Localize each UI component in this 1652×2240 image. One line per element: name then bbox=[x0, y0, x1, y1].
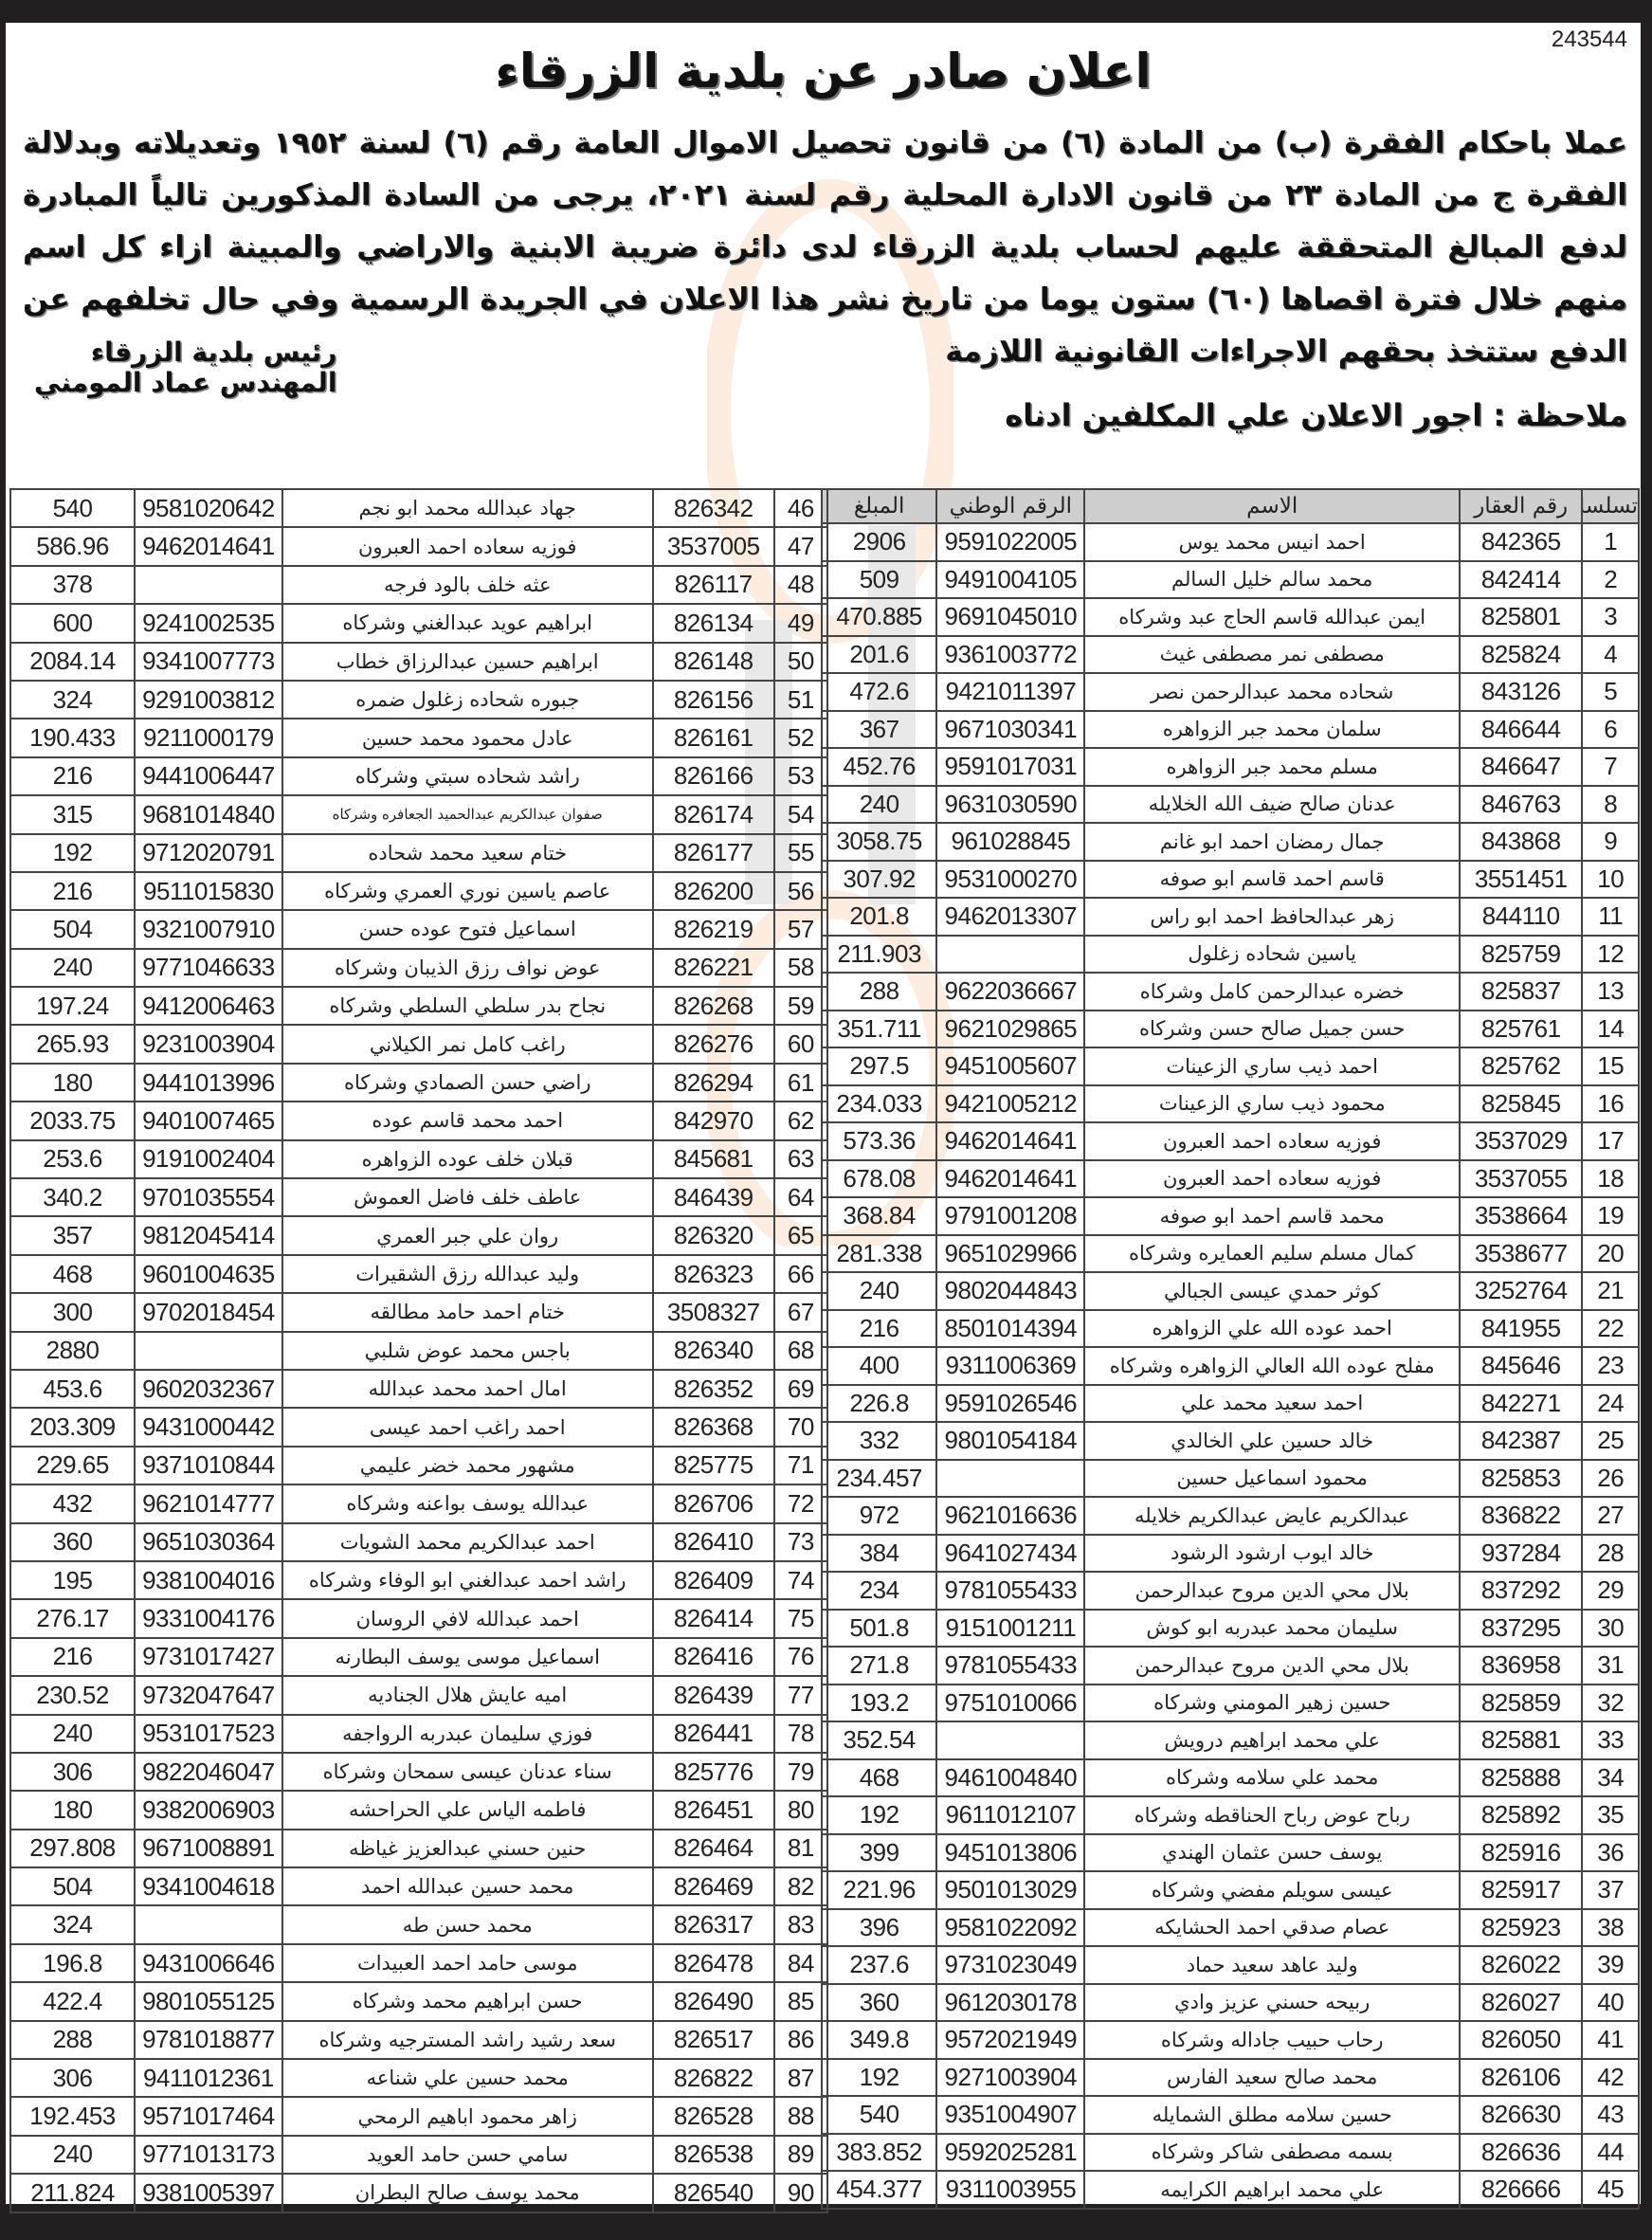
cell-name: راشد احمد عبدالغني ابو الوفاء وشركاه bbox=[282, 1561, 653, 1599]
table-row: 57826219اسماعيل فتوح عوده حسن93210079105… bbox=[10, 910, 827, 948]
cell-name: محمد قاسم احمد ابو صوفه bbox=[1084, 1197, 1460, 1235]
cell-name: قاسم احمد قاسم ابو صوفه bbox=[1084, 861, 1460, 899]
cell-name: راغب كامل نمر الكيلاني bbox=[282, 1025, 653, 1063]
cell-national-id: 9231003904 bbox=[135, 1025, 282, 1063]
table-row: 39826022وليد عاهد سعيد حماد9731023049237… bbox=[822, 1946, 1639, 1984]
cell-seq: 77 bbox=[774, 1676, 827, 1714]
cell-property-no: 826441 bbox=[653, 1715, 774, 1753]
cell-name: باجس محمد عوض شلبي bbox=[282, 1332, 653, 1370]
cell-seq: 11 bbox=[1582, 898, 1639, 936]
cell-seq: 29 bbox=[1582, 1572, 1639, 1610]
cell-property-no: 826528 bbox=[653, 2097, 774, 2135]
cell-national-id: 9451005607 bbox=[936, 1047, 1084, 1085]
cell-amount: 192 bbox=[822, 2059, 936, 2097]
cell-property-no: 3551451 bbox=[1460, 861, 1582, 899]
cell-seq: 21 bbox=[1582, 1272, 1639, 1310]
cell-property-no: 825801 bbox=[1460, 598, 1582, 636]
table-row: 84826478موسى حامد احمد العبيدات943100664… bbox=[10, 1944, 827, 1982]
debtors-table-left: 46826342جهاد عبدالله محمد ابو نجم9581020… bbox=[9, 488, 828, 2213]
cell-property-no: 826342 bbox=[653, 489, 774, 527]
cell-property-no: 843126 bbox=[1460, 673, 1582, 711]
cell-seq: 35 bbox=[1582, 1796, 1639, 1834]
cell-name: فوزيه سعاده احمد العبرون bbox=[1084, 1122, 1460, 1160]
cell-property-no: 841955 bbox=[1460, 1310, 1582, 1348]
cell-property-no: 825824 bbox=[1460, 636, 1582, 674]
cell-property-no: 825859 bbox=[1460, 1685, 1582, 1722]
cell-seq: 86 bbox=[774, 2021, 827, 2059]
cell-name: خالد حسين علي الخالدي bbox=[1084, 1422, 1460, 1460]
cell-amount: 211.903 bbox=[822, 936, 936, 974]
cell-national-id: 9381004016 bbox=[135, 1561, 282, 1599]
cell-national-id: 9731017427 bbox=[135, 1638, 282, 1676]
cell-name: عادل محمود محمد حسين bbox=[282, 719, 653, 756]
signature-block: رئيس بلدية الزرقاء المهندس عماد المومني bbox=[34, 337, 336, 398]
cell-seq: 39 bbox=[1582, 1946, 1639, 1984]
cell-name: محمود اسماعيل حسين bbox=[1084, 1460, 1460, 1498]
cell-amount: 352.54 bbox=[822, 1721, 936, 1759]
table-row: 15825762احمد ذيب ساري الزعينات9451005607… bbox=[822, 1047, 1639, 1085]
cell-name: اسماعيل فتوح عوده حسن bbox=[282, 910, 653, 948]
cell-amount: 237.6 bbox=[822, 1946, 936, 1984]
cell-national-id: 9321007910 bbox=[135, 910, 282, 948]
table-row: 40826027ربيحه حسني عزيز وادي961203017836… bbox=[822, 1984, 1639, 2022]
cell-amount: 240 bbox=[822, 786, 936, 824]
cell-property-no: 842271 bbox=[1460, 1385, 1582, 1423]
cell-name: جهاد عبدالله محمد ابو نجم bbox=[282, 489, 653, 527]
cell-seq: 41 bbox=[1582, 2021, 1639, 2059]
cell-property-no: 825917 bbox=[1460, 1871, 1582, 1909]
cell-name: بلال محي الدين مروح عبدالرحمن bbox=[1084, 1572, 1460, 1610]
cell-national-id: 9361003772 bbox=[936, 636, 1084, 674]
table-row: 60826276راغب كامل نمر الكيلاني9231003904… bbox=[10, 1025, 827, 1063]
cell-seq: 42 bbox=[1582, 2059, 1639, 2097]
cell-seq: 31 bbox=[1582, 1647, 1639, 1685]
cell-national-id: 9591017031 bbox=[936, 748, 1084, 786]
cell-national-id: 9802044843 bbox=[936, 1272, 1084, 1310]
cell-national-id: 9671008891 bbox=[135, 1830, 282, 1867]
cell-seq: 43 bbox=[1582, 2096, 1639, 2134]
cell-name: فاطمه الياس علي الحراحشه bbox=[282, 1791, 653, 1829]
cell-name: حسين سلامه مطلق الشمايله bbox=[1084, 2096, 1460, 2134]
cell-property-no: 3537029 bbox=[1460, 1122, 1582, 1160]
table-row: 62842970احمد محمد قاسم عوده9401007465203… bbox=[10, 1102, 827, 1139]
header-name: الاسم bbox=[1084, 489, 1460, 523]
cell-property-no: 3538664 bbox=[1460, 1197, 1582, 1235]
cell-amount: 180 bbox=[10, 1791, 135, 1829]
cell-amount: 265.93 bbox=[10, 1025, 135, 1063]
cell-amount: 399 bbox=[822, 1834, 936, 1872]
cell-national-id: 9341007773 bbox=[135, 643, 282, 681]
cell-amount: 197.24 bbox=[10, 987, 135, 1025]
cell-national-id: 9631030590 bbox=[936, 786, 1084, 824]
table-row: 8846763عدنان صالح ضيف الله الخلايله96310… bbox=[822, 786, 1639, 824]
cell-national-id: 9441006447 bbox=[135, 757, 282, 795]
cell-national-id: 9712020791 bbox=[135, 834, 282, 872]
cell-national-id: 9411012361 bbox=[135, 2059, 282, 2097]
cell-seq: 62 bbox=[774, 1102, 827, 1139]
cell-amount: 357 bbox=[10, 1216, 135, 1254]
cell-name: كوثر حمدي عيسى الجبالي bbox=[1084, 1272, 1460, 1310]
cell-seq: 17 bbox=[1582, 1122, 1639, 1160]
cell-seq: 14 bbox=[1582, 1011, 1639, 1048]
cell-name: شحاده محمد عبدالرحمن نصر bbox=[1084, 673, 1460, 711]
table-row: 50826148ابراهيم حسين عبدالرزاق خطاب93410… bbox=[10, 643, 827, 681]
cell-amount: 240 bbox=[10, 949, 135, 987]
cell-national-id: 9431006646 bbox=[135, 1944, 282, 1982]
cell-seq: 56 bbox=[774, 872, 827, 910]
cell-amount: 226.8 bbox=[822, 1385, 936, 1423]
cell-name: عدنان صالح ضيف الله الخلايله bbox=[1084, 786, 1460, 824]
cell-seq: 73 bbox=[774, 1523, 827, 1561]
cell-name: حسن جميل صالح حسن وشركاه bbox=[1084, 1011, 1460, 1048]
cell-name: روان علي جبر العمري bbox=[282, 1216, 653, 1254]
cell-amount: 281.338 bbox=[822, 1235, 936, 1273]
cell-amount: 216 bbox=[822, 1310, 936, 1348]
table-row: 27836822عبدالكريم عايض عبدالكريم خلايله9… bbox=[822, 1497, 1639, 1535]
cell-property-no: 826464 bbox=[653, 1830, 774, 1867]
table-row: 103551451قاسم احمد قاسم ابو صوفه95310002… bbox=[822, 861, 1639, 899]
cell-name: خضره عبدالرحمن كامل وشركاه bbox=[1084, 973, 1460, 1011]
cell-name: جبوره شحاده زغلول ضمره bbox=[282, 681, 653, 719]
signature-title: رئيس بلدية الزرقاء bbox=[34, 337, 336, 368]
table-row: 64846439عاطف خلف فاضل العموش970103555434… bbox=[10, 1178, 827, 1216]
cell-amount: 315 bbox=[10, 795, 135, 833]
table-row: 88826528زاهر محمود اباهيم الرمحي95710174… bbox=[10, 2097, 827, 2135]
cell-seq: 85 bbox=[774, 1982, 827, 2020]
cell-seq: 7 bbox=[1582, 748, 1639, 786]
table-row: 77826439اميه عايش هلال الجناديه973204764… bbox=[10, 1676, 827, 1714]
cell-amount: 240 bbox=[10, 1715, 135, 1753]
cell-property-no: 826538 bbox=[653, 2136, 774, 2174]
cell-name: احمد عوده الله علي الزواهره bbox=[1084, 1310, 1460, 1348]
cell-name: رحاب حبيب جاداله وشركاه bbox=[1084, 2021, 1460, 2059]
cell-property-no: 826706 bbox=[653, 1484, 774, 1522]
cell-name: زاهر محمود اباهيم الرمحي bbox=[282, 2097, 653, 2135]
table-row: 37825917عيسى سويلم مفضي وشركاه9501013029… bbox=[822, 1871, 1639, 1909]
table-row: 42826106محمد صالح سعيد الفارس92710039041… bbox=[822, 2059, 1639, 2097]
cell-national-id: 9211000179 bbox=[135, 719, 282, 756]
cell-amount: 422.4 bbox=[10, 1982, 135, 2020]
cell-property-no: 826490 bbox=[653, 1982, 774, 2020]
cell-property-no: 826161 bbox=[653, 719, 774, 756]
table-row: 1842365احمد انيس محمد يوس95910220052906 bbox=[822, 523, 1639, 561]
cell-amount: 190.433 bbox=[10, 719, 135, 756]
cell-property-no: 846647 bbox=[1460, 748, 1582, 786]
cell-amount: 196.8 bbox=[10, 1944, 135, 1982]
table-row: 473537005فوزيه سعاده احمد العبرون9462014… bbox=[10, 527, 827, 565]
cell-seq: 6 bbox=[1582, 711, 1639, 749]
table-row: 82826469محمد حسين عبدالله احمد9341004618… bbox=[10, 1867, 827, 1905]
cell-national-id: 9401007465 bbox=[135, 1102, 282, 1139]
cell-national-id: 9381005397 bbox=[135, 2174, 282, 2212]
cell-seq: 58 bbox=[774, 949, 827, 987]
cell-seq: 32 bbox=[1582, 1685, 1639, 1722]
cell-property-no: 842414 bbox=[1460, 561, 1582, 599]
table-row: 23845646مفلح عوده الله العالي الزواهره و… bbox=[822, 1347, 1639, 1385]
cell-seq: 71 bbox=[774, 1447, 827, 1484]
cell-amount: 504 bbox=[10, 910, 135, 948]
cell-amount: 2033.75 bbox=[10, 1102, 135, 1139]
cell-name: عوض نواف رزق الذيبان وشركاه bbox=[282, 949, 653, 987]
cell-property-no: 826822 bbox=[653, 2059, 774, 2097]
cell-national-id: 9791001208 bbox=[936, 1197, 1084, 1235]
table-row: 213252764كوثر حمدي عيسى الجبالي980204484… bbox=[822, 1272, 1639, 1310]
cell-national-id: 9501013029 bbox=[936, 1871, 1084, 1909]
cell-amount: 230.52 bbox=[10, 1676, 135, 1714]
cell-seq: 16 bbox=[1582, 1085, 1639, 1123]
cell-national-id: 9812045414 bbox=[135, 1216, 282, 1254]
cell-property-no: 842365 bbox=[1460, 523, 1582, 561]
cell-property-no: 842387 bbox=[1460, 1422, 1582, 1460]
cell-amount: 470.885 bbox=[822, 598, 936, 636]
table-row: 26825853محمود اسماعيل حسين234.457 bbox=[822, 1460, 1639, 1498]
cell-property-no: 842970 bbox=[653, 1102, 774, 1139]
cell-national-id: 9822046047 bbox=[135, 1753, 282, 1791]
cell-seq: 81 bbox=[774, 1830, 827, 1867]
cell-property-no: 826200 bbox=[653, 872, 774, 910]
cell-property-no: 826117 bbox=[653, 566, 774, 604]
table-row: 80826451فاطمه الياس علي الحراحشه93820069… bbox=[10, 1791, 827, 1829]
table-row: 79825776سناء عدنان عيسى سمحان وشركاه9822… bbox=[10, 1753, 827, 1791]
cell-national-id: 9241002535 bbox=[135, 604, 282, 642]
cell-name: حسين زهير المومني وشركاه bbox=[1084, 1685, 1460, 1722]
cell-amount: 332 bbox=[822, 1422, 936, 1460]
table-row: 89826538سامي حسن حامد العويد977101317324… bbox=[10, 2136, 827, 2174]
cell-property-no: 3252764 bbox=[1460, 1272, 1582, 1310]
cell-national-id: 9571017464 bbox=[135, 2097, 282, 2135]
cell-name: كمال مسلم سليم العمايره وشركاه bbox=[1084, 1235, 1460, 1273]
cell-amount: 468 bbox=[822, 1759, 936, 1797]
cell-seq: 10 bbox=[1582, 861, 1639, 899]
cell-national-id: 9781055433 bbox=[936, 1647, 1084, 1685]
cell-property-no: 825762 bbox=[1460, 1047, 1582, 1085]
cell-amount: 300 bbox=[10, 1293, 135, 1331]
cell-national-id: 9781055433 bbox=[936, 1572, 1084, 1610]
cell-name: جمال رمضان احمد ابو غانم bbox=[1084, 823, 1460, 861]
table-row: 66826323وليد عبدالله رزق الشقيرات9601004… bbox=[10, 1255, 827, 1293]
cell-amount: 360 bbox=[10, 1523, 135, 1561]
cell-property-no: 826148 bbox=[653, 643, 774, 681]
table-row: 69826352امال احمد محمد عبدالله9602032367… bbox=[10, 1370, 827, 1408]
cell-name: محمد يوسف صالح البطران bbox=[282, 2174, 653, 2212]
cell-amount: 216 bbox=[10, 757, 135, 795]
announcement-note: ملاحظة : اجور الاعلان علي المكلفين ادناه bbox=[1005, 397, 1627, 433]
cell-property-no: 826666 bbox=[1460, 2171, 1582, 2209]
cell-property-no: 825888 bbox=[1460, 1759, 1582, 1797]
cell-amount: 468 bbox=[10, 1255, 135, 1293]
cell-seq: 8 bbox=[1582, 786, 1639, 824]
cell-national-id: 9731023049 bbox=[936, 1946, 1084, 1984]
cell-amount: 452.76 bbox=[822, 748, 936, 786]
table-row: 48826117عثه خلف بالود فرجه378 bbox=[10, 566, 827, 604]
cell-name: بلال محي الدين مروح عبدالرحمن bbox=[1084, 1647, 1460, 1685]
cell-national-id bbox=[936, 936, 1084, 974]
table-row: 76826416اسماعيل موسى يوسف البطارنه973101… bbox=[10, 1638, 827, 1676]
cell-property-no: 825923 bbox=[1460, 1909, 1582, 1947]
cell-amount: 2084.14 bbox=[10, 643, 135, 681]
cell-name: سعد رشيد راشد المسترجيه وشركاه bbox=[282, 2021, 653, 2059]
cell-seq: 22 bbox=[1582, 1310, 1639, 1348]
cell-property-no: 3537055 bbox=[1460, 1160, 1582, 1198]
cell-name: احمد سعيد محمد علي bbox=[1084, 1385, 1460, 1423]
cell-name: علي محمد ابراهيم درويش bbox=[1084, 1721, 1460, 1759]
cell-national-id: 9462014641 bbox=[936, 1122, 1084, 1160]
table-row: 56826200عاصم ياسين نوري العمري وشركاه951… bbox=[10, 872, 827, 910]
cell-seq: 84 bbox=[774, 1944, 827, 1982]
cell-amount: 378 bbox=[10, 566, 135, 604]
cell-national-id: 9591022005 bbox=[936, 523, 1084, 561]
cell-amount: 195 bbox=[10, 1561, 135, 1599]
cell-name: عثه خلف بالود فرجه bbox=[282, 566, 653, 604]
cell-seq: 49 bbox=[774, 604, 827, 642]
cell-property-no: 826323 bbox=[653, 1255, 774, 1293]
cell-national-id: 8501014394 bbox=[936, 1310, 1084, 1348]
cell-name: عاطف خلف فاضل العموش bbox=[282, 1178, 653, 1216]
cell-name: وليد عاهد سعيد حماد bbox=[1084, 1946, 1460, 1984]
cell-seq: 9 bbox=[1582, 823, 1639, 861]
cell-seq: 60 bbox=[774, 1025, 827, 1063]
cell-seq: 78 bbox=[774, 1715, 827, 1753]
cell-seq: 18 bbox=[1582, 1160, 1639, 1198]
cell-seq: 45 bbox=[1582, 2171, 1639, 2209]
table-row: 32825859حسين زهير المومني وشركاه97510100… bbox=[822, 1685, 1639, 1722]
cell-national-id: 9462014641 bbox=[936, 1160, 1084, 1198]
cell-seq: 70 bbox=[774, 1408, 827, 1446]
cell-amount: 540 bbox=[822, 2096, 936, 2134]
table-row: 13825837خضره عبدالرحمن كامل وشركاه962203… bbox=[822, 973, 1639, 1011]
cell-national-id: 9412006463 bbox=[135, 987, 282, 1025]
cell-seq: 80 bbox=[774, 1791, 827, 1829]
cell-national-id: 9611012107 bbox=[936, 1796, 1084, 1834]
cell-name: نجاح بدر سلطي السلطي وشركاه bbox=[282, 987, 653, 1025]
cell-national-id: 9461004840 bbox=[936, 1759, 1084, 1797]
cell-amount: 203.309 bbox=[10, 1408, 135, 1446]
cell-amount: 297.808 bbox=[10, 1830, 135, 1867]
cell-name: محمد حسين عبدالله احمد bbox=[282, 1867, 653, 1905]
cell-name: راضي حسن الصمادي وشركاه bbox=[282, 1064, 653, 1102]
table-row: 78826441فوزي سليمان عبدربه الرواجفه95310… bbox=[10, 1715, 827, 1753]
cell-national-id: 9781018877 bbox=[135, 2021, 282, 2059]
cell-national-id bbox=[936, 1460, 1084, 1498]
cell-property-no: 826540 bbox=[653, 2174, 774, 2212]
table-row: 63845681قبلان خلف عوده الزواهره919100240… bbox=[10, 1140, 827, 1178]
cell-seq: 74 bbox=[774, 1561, 827, 1599]
cell-national-id: 9491004105 bbox=[936, 561, 1084, 599]
cell-seq: 38 bbox=[1582, 1909, 1639, 1947]
cell-amount: 678.08 bbox=[822, 1160, 936, 1198]
cell-national-id: 9572021949 bbox=[936, 2021, 1084, 2059]
cell-national-id: 9191002404 bbox=[135, 1140, 282, 1178]
cell-property-no: 826630 bbox=[1460, 2096, 1582, 2134]
cell-name: ابراهيم عويد عبدالغني وشركاه bbox=[282, 604, 653, 642]
cell-national-id: 9291003812 bbox=[135, 681, 282, 719]
cell-national-id: 9621014777 bbox=[135, 1484, 282, 1522]
table-row: 35825892رباح عوض رباح الحناقطه وشركاه961… bbox=[822, 1796, 1639, 1834]
cell-property-no: 826517 bbox=[653, 2021, 774, 2059]
cell-property-no: 837295 bbox=[1460, 1610, 1582, 1648]
table-row: 2842414محمد سالم خليل السالم949100410550… bbox=[822, 561, 1639, 599]
cell-name: صفوان عبدالكريم عبدالحميد الجعافره وشركا… bbox=[282, 795, 653, 833]
cell-seq: 4 bbox=[1582, 636, 1639, 674]
table-row: 34825888محمد علي سلامه وشركاه94610048404… bbox=[822, 1759, 1639, 1797]
cell-amount: 216 bbox=[10, 1638, 135, 1676]
table-row: 30837295سليمان محمد عبدربه ابو كوش915100… bbox=[822, 1610, 1639, 1648]
cell-property-no: 826022 bbox=[1460, 1946, 1582, 1984]
cell-national-id: 961028845 bbox=[936, 823, 1084, 861]
cell-amount: 253.6 bbox=[10, 1140, 135, 1178]
cell-amount: 180 bbox=[10, 1064, 135, 1102]
cell-name: محمود ذيب ساري الزعينات bbox=[1084, 1085, 1460, 1123]
cell-seq: 65 bbox=[774, 1216, 827, 1254]
cell-name: محمد صالح سعيد الفارس bbox=[1084, 2059, 1460, 2097]
cell-property-no: 826409 bbox=[653, 1561, 774, 1599]
cell-amount: 432 bbox=[10, 1484, 135, 1522]
cell-seq: 79 bbox=[774, 1753, 827, 1791]
cell-national-id: 9601004635 bbox=[135, 1255, 282, 1293]
cell-name: رباح عوض رباح الحناقطه وشركاه bbox=[1084, 1796, 1460, 1834]
table-row: 6846644سلمان محمد جبر الزواهره9671030341… bbox=[822, 711, 1639, 749]
cell-name: عبدالله يوسف بواعنه وشركاه bbox=[282, 1484, 653, 1522]
cell-amount: 3058.75 bbox=[822, 823, 936, 861]
cell-seq: 82 bbox=[774, 1867, 827, 1905]
cell-name: خالد ايوب ارشود الرشود bbox=[1084, 1535, 1460, 1573]
cell-amount: 229.65 bbox=[10, 1447, 135, 1484]
cell-seq: 27 bbox=[1582, 1497, 1639, 1535]
cell-national-id: 9701035554 bbox=[135, 1178, 282, 1216]
header-amount: المبلغ bbox=[822, 489, 936, 523]
cell-property-no: 825916 bbox=[1460, 1834, 1582, 1872]
table-row: 70826368احمد راغب احمد عيسى9431000442203… bbox=[10, 1408, 827, 1446]
cell-name: ايمن عبدالله قاسم الحاج عبد وشركاه bbox=[1084, 598, 1460, 636]
table-row: 49826134ابراهيم عويد عبدالغني وشركاه9241… bbox=[10, 604, 827, 642]
cell-amount: 573.36 bbox=[822, 1122, 936, 1160]
table-row: 54826174صفوان عبدالكريم عبدالحميد الجعاف… bbox=[10, 795, 827, 833]
cell-name: راشد شحاده سبتي وشركاه bbox=[282, 757, 653, 795]
cell-national-id: 9691045010 bbox=[936, 598, 1084, 636]
cell-name: وليد عبدالله رزق الشقيرات bbox=[282, 1255, 653, 1293]
cell-property-no: 836958 bbox=[1460, 1647, 1582, 1685]
cell-seq: 52 bbox=[774, 719, 827, 756]
cell-national-id: 9651029966 bbox=[936, 1235, 1084, 1273]
cell-amount: 368.84 bbox=[822, 1197, 936, 1235]
signature-name: المهندس عماد المومني bbox=[34, 368, 336, 398]
cell-seq: 34 bbox=[1582, 1759, 1639, 1797]
cell-national-id: 9751010066 bbox=[936, 1685, 1084, 1722]
table-row: 24842271احمد سعيد محمد علي9591026546226.… bbox=[822, 1385, 1639, 1423]
cell-seq: 53 bbox=[774, 757, 827, 795]
cell-property-no: 826469 bbox=[653, 1867, 774, 1905]
cell-amount: 234 bbox=[822, 1572, 936, 1610]
cell-property-no: 845681 bbox=[653, 1140, 774, 1178]
cell-name: ختام سعيد محمد شحاده bbox=[282, 834, 653, 872]
table-row: 11844110زهر عبدالحافظ احمد ابو راس946201… bbox=[822, 898, 1639, 936]
cell-seq: 23 bbox=[1582, 1347, 1639, 1385]
cell-name: مشهور محمد خضر عليمي bbox=[282, 1447, 653, 1484]
cell-amount: 211.824 bbox=[10, 2174, 135, 2212]
cell-national-id: 9702018454 bbox=[135, 1293, 282, 1331]
cell-seq: 66 bbox=[774, 1255, 827, 1293]
cell-national-id: 9681014840 bbox=[135, 795, 282, 833]
cell-name: مفلح عوده الله العالي الزواهره وشركاه bbox=[1084, 1347, 1460, 1385]
table-row: 59826268نجاح بدر سلطي السلطي وشركاه94120… bbox=[10, 987, 827, 1025]
announcement-title: اعلان صادر عن بلدية الزرقاء bbox=[6, 44, 1641, 99]
cell-amount: 276.17 bbox=[10, 1599, 135, 1637]
cell-national-id: 9641027434 bbox=[936, 1535, 1084, 1573]
cell-seq: 12 bbox=[1582, 936, 1639, 974]
cell-property-no: 825881 bbox=[1460, 1721, 1582, 1759]
cell-name: اميه عايش هلال الجناديه bbox=[282, 1676, 653, 1714]
cell-name: مصطفى نمر مصطفى غيث bbox=[1084, 636, 1460, 674]
